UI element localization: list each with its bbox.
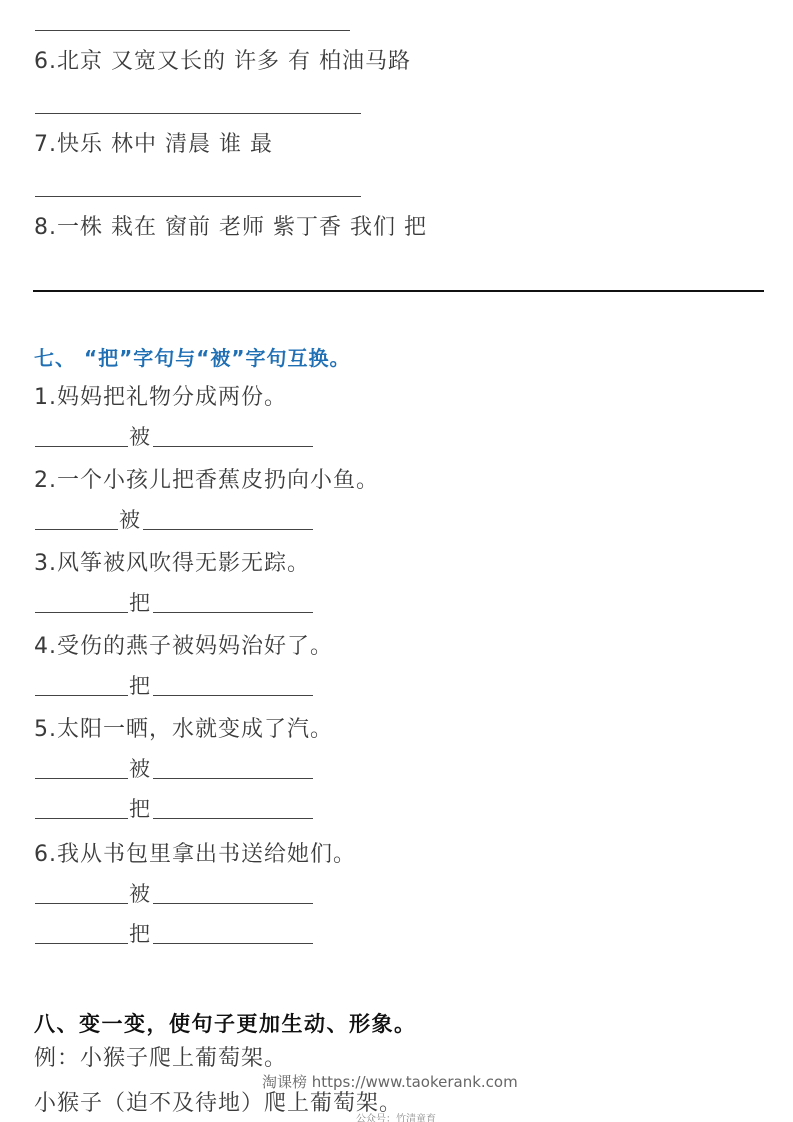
question-item-8: 8.一株 栽在 窗前 老师 紫丁香 我们 把 xyxy=(34,214,427,242)
conversion-answer-row[interactable]: 被 xyxy=(35,423,315,453)
keyword-bei: 被 xyxy=(129,757,150,781)
keyword-bei: 被 xyxy=(129,425,150,449)
keyword-bei: 被 xyxy=(119,508,140,532)
example-sentence: 例：小猴子爬上葡萄架。 xyxy=(34,1045,287,1073)
question-item-7: 7.快乐 林中 清晨 谁 最 xyxy=(34,131,273,159)
answer-blank-line[interactable] xyxy=(35,113,361,114)
sentence-item-1: 1.妈妈把礼物分成两份。 xyxy=(34,384,287,412)
sentence-item-2: 2.一个小孩儿把香蕉皮扔向小鱼。 xyxy=(34,467,379,495)
example-answer: 小猴子（迫不及待地）爬上葡萄架。 xyxy=(34,1090,402,1118)
keyword-ba: 把 xyxy=(129,922,150,946)
answer-blank-line[interactable] xyxy=(35,196,361,197)
conversion-answer-row[interactable]: 把 xyxy=(35,589,315,619)
conversion-answer-row[interactable]: 把 xyxy=(35,795,315,825)
question-item-6: 6.北京 又宽又长的 许多 有 柏油马路 xyxy=(34,48,411,76)
conversion-answer-row[interactable]: 被 xyxy=(35,880,315,910)
keyword-ba: 把 xyxy=(129,591,150,615)
sentence-item-4: 4.受伤的燕子被妈妈治好了。 xyxy=(34,633,333,661)
conversion-answer-row[interactable]: 被 xyxy=(35,506,315,536)
sentence-item-6: 6.我从书包里拿出书送给她们。 xyxy=(34,841,356,869)
site-watermark: 淘课榜 https://www.taokerank.com xyxy=(262,1071,518,1092)
answer-blank-line[interactable] xyxy=(35,30,350,31)
keyword-bei: 被 xyxy=(129,882,150,906)
conversion-answer-row[interactable]: 把 xyxy=(35,920,315,950)
keyword-ba: 把 xyxy=(129,797,150,821)
conversion-answer-row[interactable]: 把 xyxy=(35,672,315,702)
section-7-heading: 七、 “把”字句与“被”字句互换。 xyxy=(34,342,351,371)
sentence-item-5: 5.太阳一晒，水就变成了汽。 xyxy=(34,716,333,744)
section-divider xyxy=(33,290,764,292)
wechat-watermark: 公众号：竹清童育 xyxy=(356,1110,436,1122)
keyword-ba: 把 xyxy=(129,674,150,698)
sentence-item-3: 3.风筝被风吹得无影无踪。 xyxy=(34,550,310,578)
section-8-heading: 八、变一变，使句子更加生动、形象。 xyxy=(34,1008,417,1038)
conversion-answer-row[interactable]: 被 xyxy=(35,755,315,785)
